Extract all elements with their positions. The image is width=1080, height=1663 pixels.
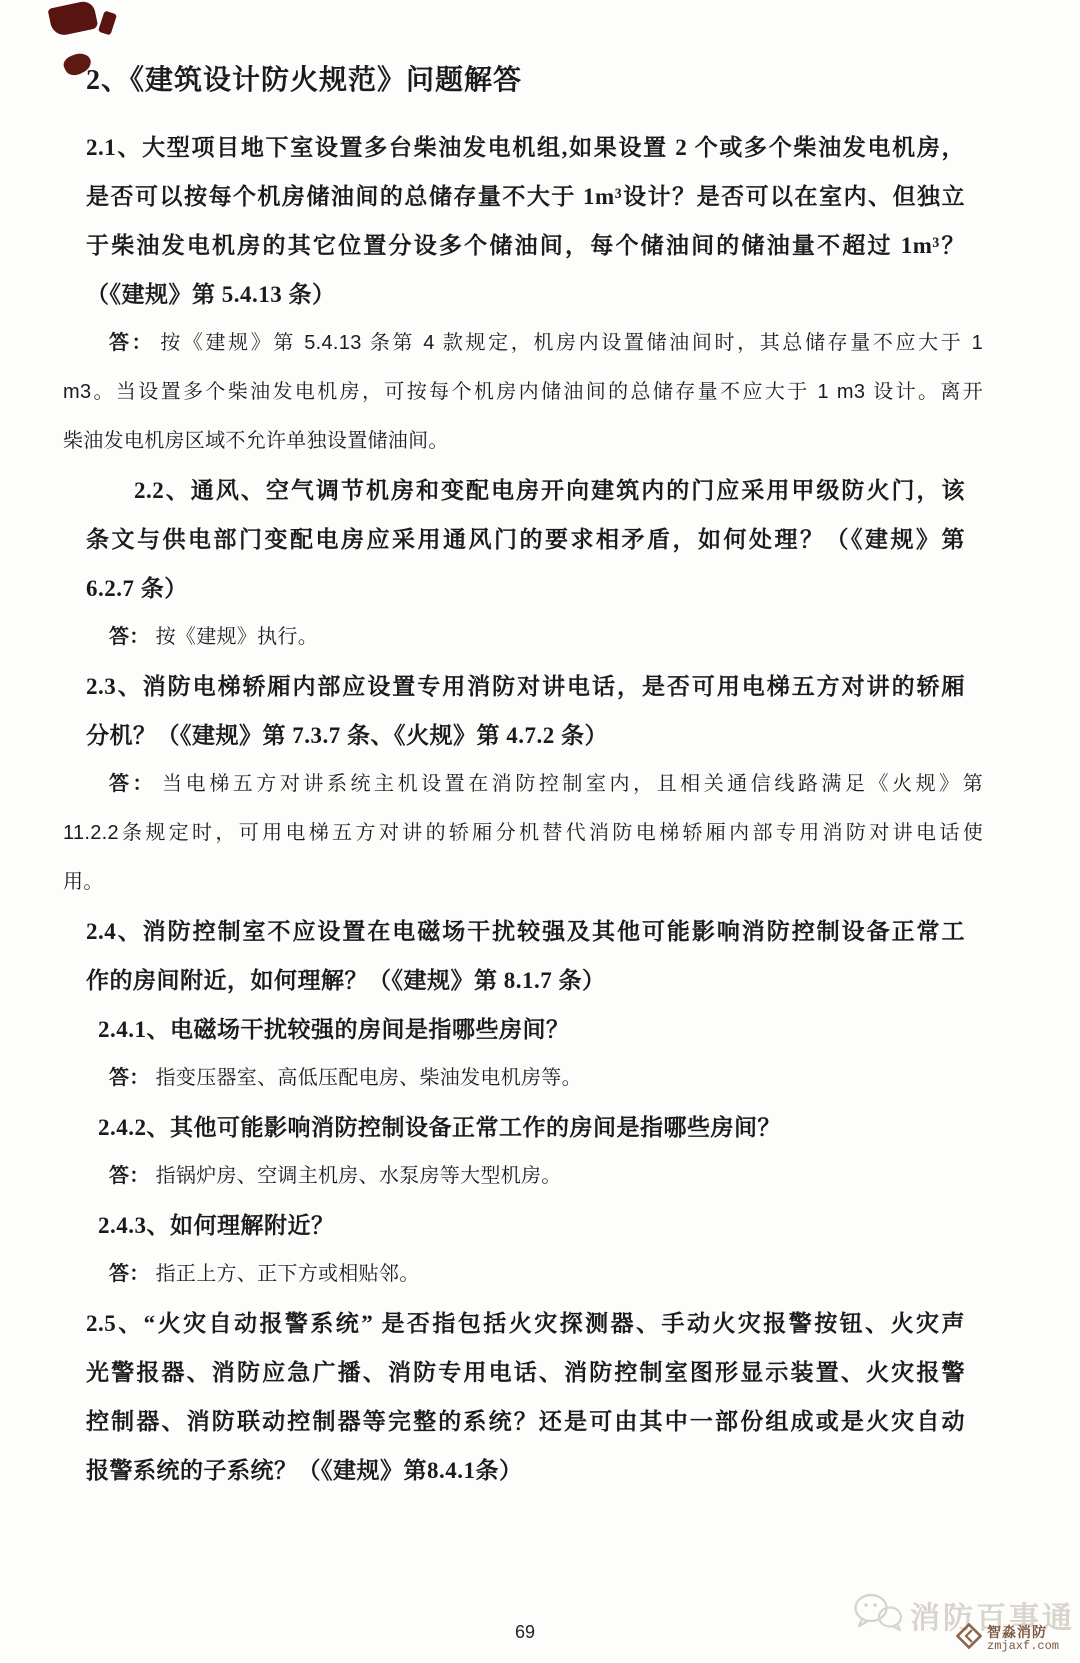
vendor-logo-title: 智淼消防 — [987, 1625, 1059, 1640]
text-line: 答：指变压器室、高低压配电房、柴油发电机房等。 — [63, 1054, 983, 1103]
vendor-logo: 智淼消防 zmjaxf.com — [956, 1623, 1059, 1654]
text-line: （《建规》第 5.4.13 条） — [86, 270, 965, 319]
text-line: 6.2.7 条） — [86, 564, 965, 613]
vendor-logo-site: zmjaxf.com — [987, 1640, 1059, 1653]
text-line: 2.2、通风、空气调节机房和变配电房开向建筑内的门应采用甲级防火门，该 — [86, 466, 965, 515]
answer-text: 指变压器室、高低压配电房、柴油发电机房等。 — [156, 1067, 582, 1089]
answer-text: 指正上方、正下方或相贴邻。 — [156, 1263, 420, 1285]
text-line: 答：指正上方、正下方或相贴邻。 — [63, 1250, 983, 1299]
question-2-1: 2.1、大型项目地下室设置多台柴油发电机组,如果设置 2 个或多个柴油发电机房，… — [86, 123, 965, 319]
question-2-4-2: 2.4.2、其他可能影响消防控制设备正常工作的房间是指哪些房间？ 答：指锅炉房、… — [86, 1103, 965, 1201]
wechat-chat-bubbles-icon — [852, 1591, 904, 1638]
document-page: 2、《建筑设计防火规范》问题解答 2.1、大型项目地下室设置多台柴油发电机组,如… — [0, 0, 1080, 1663]
question-2-4: 2.4、消防控制室不应设置在电磁场干扰较强及其他可能影响消防控制设备正常工 作的… — [86, 907, 965, 1005]
text-line: 答：指锅炉房、空调主机房、水泵房等大型机房。 — [63, 1152, 983, 1201]
question-2-2: 2.2、通风、空气调节机房和变配电房开向建筑内的门应采用甲级防火门，该 条文与供… — [86, 466, 965, 613]
question-2-5: 2.5、“火灾自动报警系统” 是否指包括火灾探测器、手动火灾报警按钮、火灾声 光… — [86, 1299, 965, 1495]
answer-2-3: 答：当电梯五方对讲系统主机设置在消防控制室内，且相关通信线路满足《火规》第 11… — [86, 760, 965, 907]
text-line: 2.4、消防控制室不应设置在电磁场干扰较强及其他可能影响消防控制设备正常工 — [86, 907, 965, 956]
diamond-logo-icon — [956, 1623, 982, 1654]
text-line: 2.1、大型项目地下室设置多台柴油发电机组,如果设置 2 个或多个柴油发电机房， — [86, 123, 965, 172]
text-line: 柴油发电机房区域不允许单独设置储油间。 — [63, 417, 983, 466]
text-line: 2.5、“火灾自动报警系统” 是否指包括火灾探测器、手动火灾报警按钮、火灾声 — [86, 1299, 965, 1348]
text-line: 是否可以按每个机房储油间的总储存量不大于 1m³设计？是否可以在室内、但独立 — [86, 172, 965, 221]
text-line: 光警报器、消防应急广播、消防专用电话、消防控制室图形显示装置、火灾报警 — [86, 1348, 965, 1397]
answer-label: 答： — [109, 1165, 150, 1187]
answer-label: 答： — [109, 1263, 150, 1285]
text-line: 答：按《建规》执行。 — [63, 613, 983, 662]
text-line: 2.4.2、其他可能影响消防控制设备正常工作的房间是指哪些房间？ — [98, 1103, 965, 1152]
answer-2-2: 答：按《建规》执行。 — [86, 613, 965, 662]
answer-text: 指锅炉房、空调主机房、水泵房等大型机房。 — [156, 1165, 562, 1187]
text-line: 条文与供电部门变配电房应采用通风门的要求相矛盾，如何处理？（《建规》第 — [86, 515, 965, 564]
answer-text: 当电梯五方对讲系统主机设置在消防控制室内，且相关通信线路满足《火规》第 — [162, 773, 983, 795]
answer-label: 答： — [109, 626, 150, 648]
text-line: 于柴油发电机房的其它位置分设多个储油间，每个储油间的储油量不超过 1m³？ — [86, 221, 965, 270]
question-2-4-1: 2.4.1、电磁场干扰较强的房间是指哪些房间？ 答：指变压器室、高低压配电房、柴… — [86, 1005, 965, 1103]
answer-text: 按《建规》执行。 — [156, 626, 318, 648]
answer-label: 答： — [109, 773, 156, 795]
answer-2-1: 答：按《建规》第 5.4.13 条第 4 款规定，机房内设置储油间时，其总储存量… — [86, 319, 965, 466]
question-2-4-3: 2.4.3、如何理解附近？ 答：指正上方、正下方或相贴邻。 — [86, 1201, 965, 1299]
text-line: 分机？（《建规》第 7.3.7 条、《火规》第 4.7.2 条） — [86, 711, 965, 760]
text-line: m3。当设置多个柴油发电机房，可按每个机房内储油间的总储存量不应大于 1 m3 … — [63, 368, 983, 417]
answer-text: 按《建规》第 5.4.13 条第 4 款规定，机房内设置储油间时，其总储存量不应… — [160, 332, 983, 354]
answer-label: 答： — [109, 1067, 150, 1089]
text-line: 2.4.3、如何理解附近？ — [98, 1201, 965, 1250]
text-line: 11.2.2条规定时，可用电梯五方对讲的轿厢分机替代消防电梯轿厢内部专用消防对讲… — [63, 809, 983, 858]
question-2-3: 2.3、消防电梯轿厢内部应设置专用消防对讲电话，是否可用电梯五方对讲的轿厢 分机… — [86, 662, 965, 760]
text-line: 作的房间附近，如何理解？（《建规》第 8.1.7 条） — [86, 956, 965, 1005]
text-line: 2.3、消防电梯轿厢内部应设置专用消防对讲电话，是否可用电梯五方对讲的轿厢 — [86, 662, 965, 711]
text-line: 用。 — [63, 858, 983, 907]
text-line: 答：当电梯五方对讲系统主机设置在消防控制室内，且相关通信线路满足《火规》第 — [63, 760, 983, 809]
text-line: 控制器、消防联动控制器等完整的系统？还是可由其中一部份组成或是火灾自动 — [86, 1397, 965, 1446]
text-line: 报警系统的子系统？（《建规》第8.4.1条） — [86, 1446, 965, 1495]
text-line: 2.4.1、电磁场干扰较强的房间是指哪些房间？ — [98, 1005, 965, 1054]
answer-label: 答： — [109, 332, 154, 354]
document-title: 2、《建筑设计防火规范》问题解答 — [86, 56, 965, 105]
text-line: 答：按《建规》第 5.4.13 条第 4 款规定，机房内设置储油间时，其总储存量… — [63, 319, 983, 368]
